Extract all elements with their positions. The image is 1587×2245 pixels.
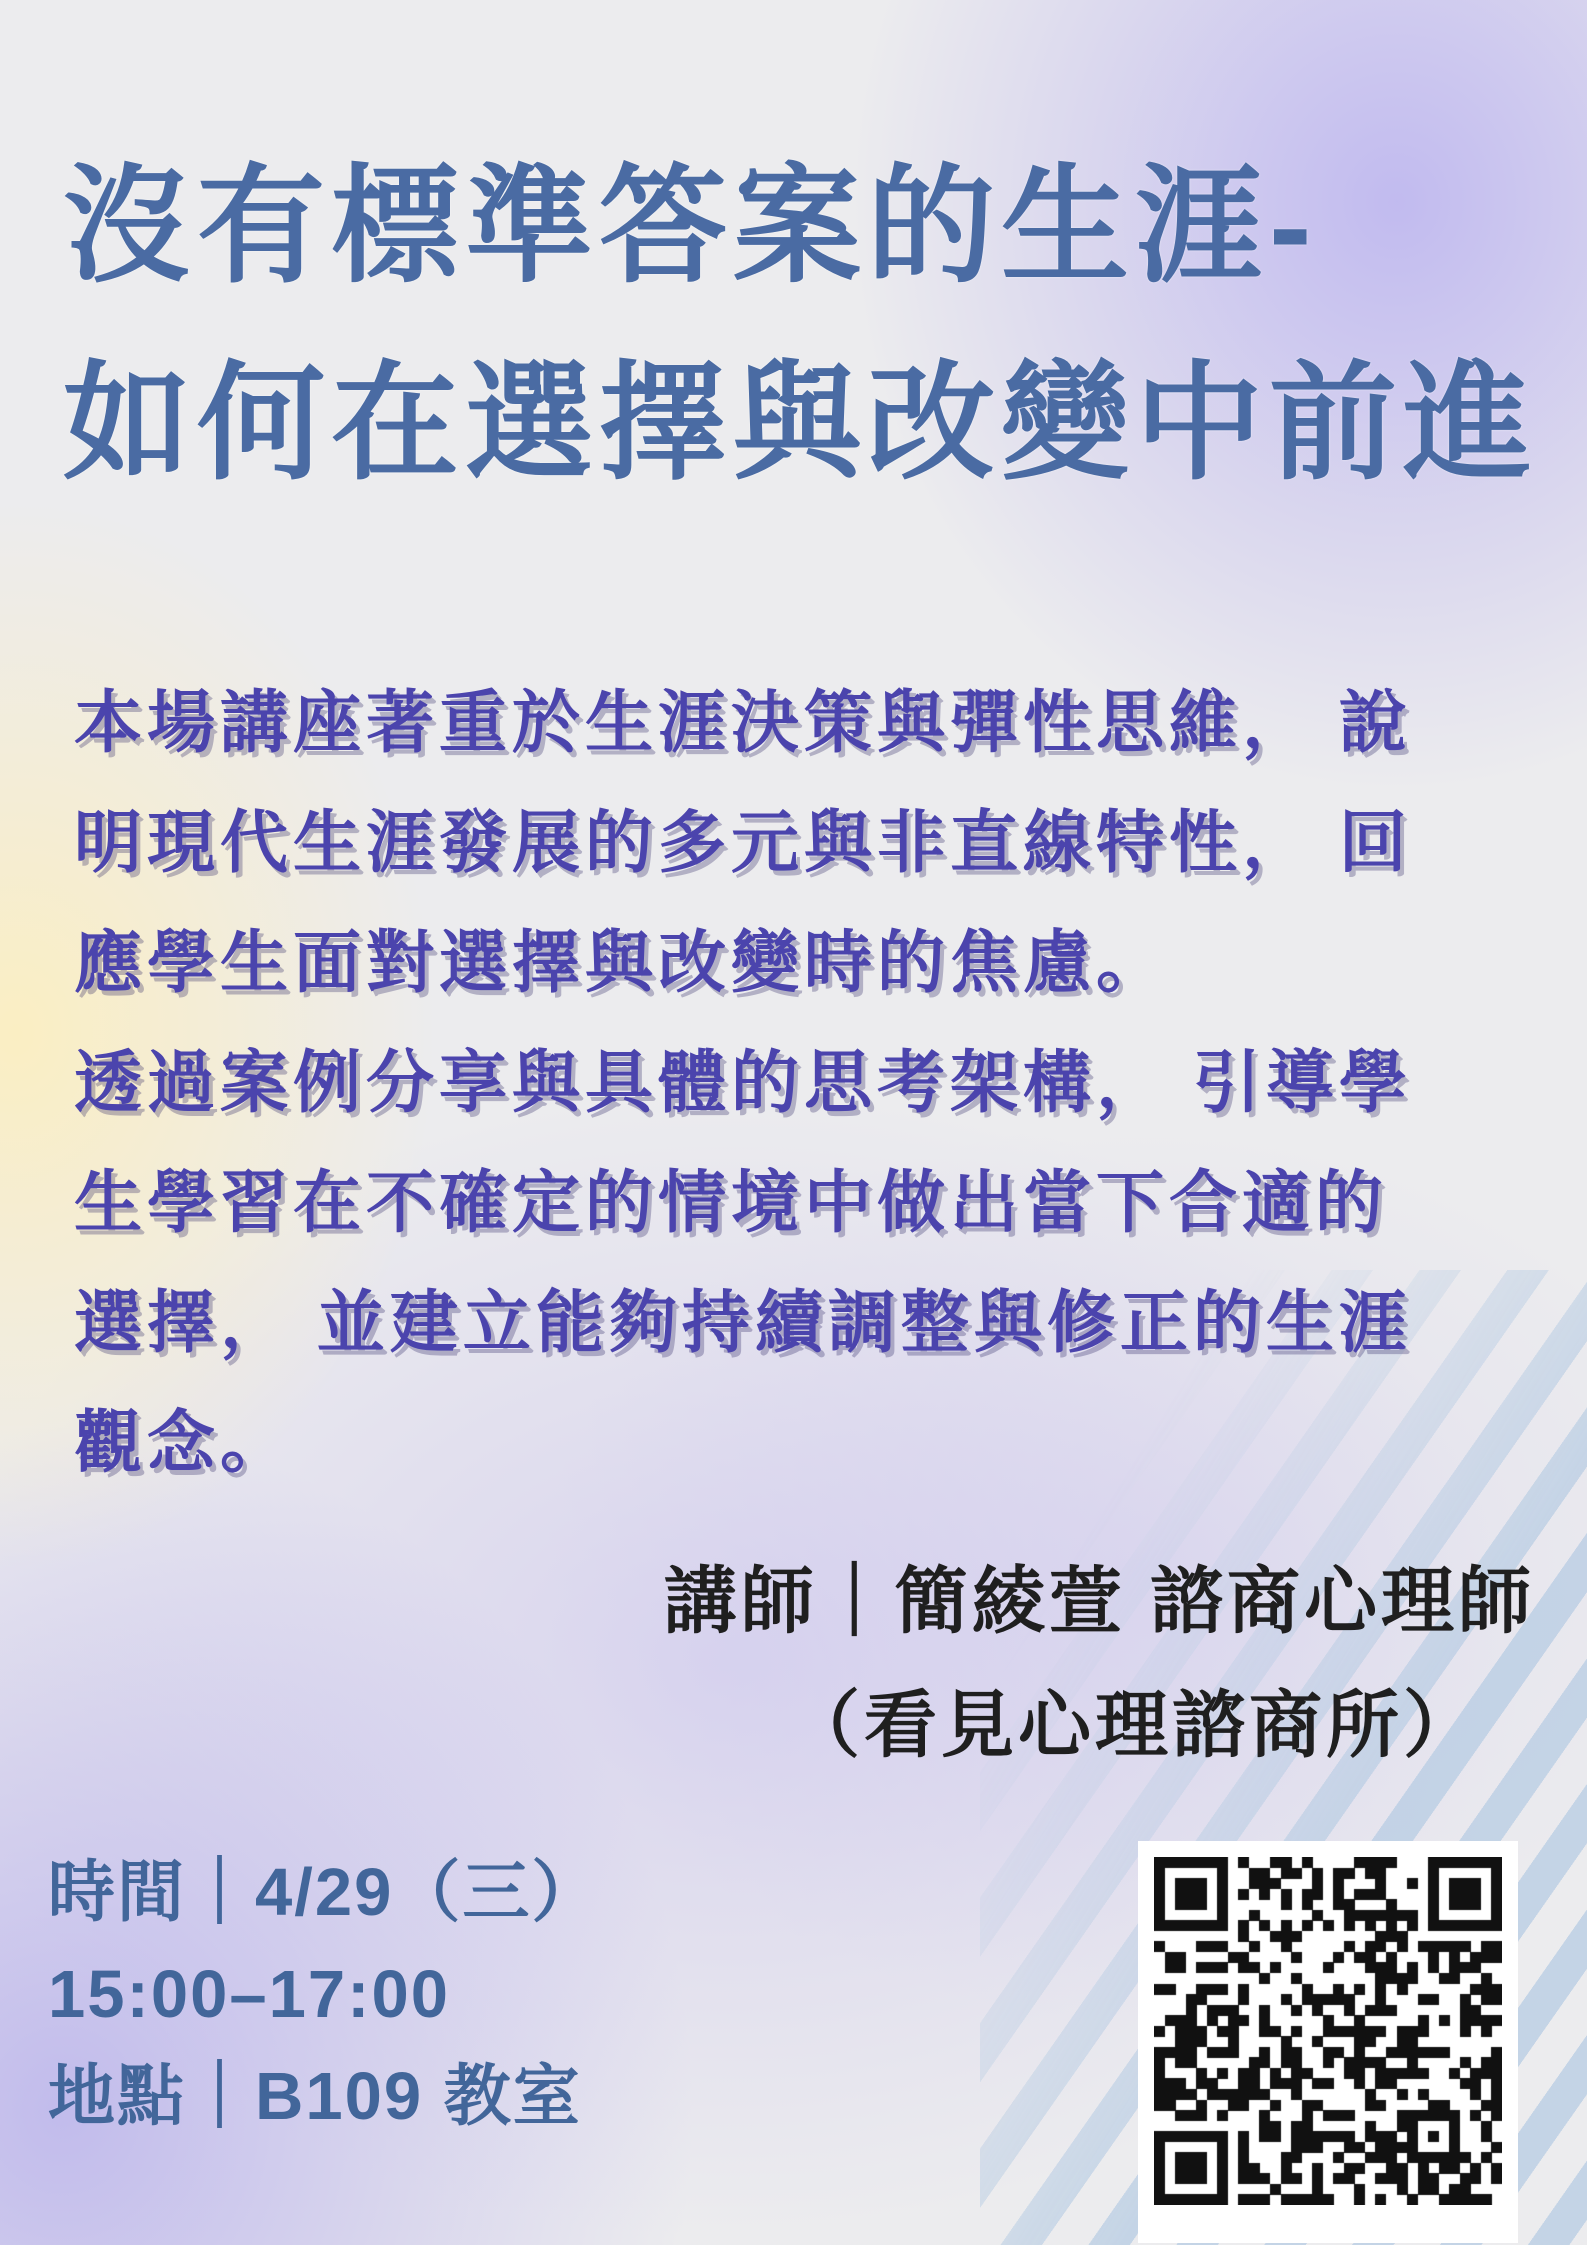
- description-line: 選擇， 並建立能夠持續調整與修正的生涯: [74, 1263, 1547, 1383]
- description-line: 觀念。: [74, 1383, 1547, 1503]
- description-line: 透過案例分享與具體的思考架構， 引導學: [74, 1023, 1547, 1143]
- description-line: 應學生面對選擇與改變時的焦慮。: [74, 903, 1547, 1023]
- description-line: 明現代生涯發展的多元與非直線特性， 回: [74, 783, 1547, 903]
- speaker-affiliation: （看見心理諮商所）: [0, 1664, 1480, 1788]
- speaker-name: 講師｜簡綾萱 諮商心理師: [0, 1540, 1535, 1664]
- event-location: 地點｜B109 教室: [48, 2046, 600, 2148]
- event-date: 時間｜4/29（三）: [48, 1842, 600, 1944]
- event-poster: 沒有標準答案的生涯- 如何在選擇與改變中前進 本場講座著重於生涯決策與彈性思維，…: [0, 0, 1587, 2245]
- qr-code-panel: [1138, 1841, 1518, 2243]
- poster-title-line-2: 如何在選擇與改變中前進: [63, 325, 1547, 522]
- event-time: 15:00–17:00: [48, 1944, 600, 2046]
- description-line: 本場講座著重於生涯決策與彈性思維， 說: [74, 663, 1547, 783]
- poster-title-line-1: 沒有標準答案的生涯-: [63, 128, 1547, 325]
- speaker-info: 講師｜簡綾萱 諮商心理師 （看見心理諮商所）: [0, 1540, 1535, 1788]
- description-line: 生學習在不確定的情境中做出當下合適的: [74, 1143, 1547, 1263]
- poster-title: 沒有標準答案的生涯- 如何在選擇與改變中前進: [63, 128, 1547, 522]
- event-details: 時間｜4/29（三） 15:00–17:00 地點｜B109 教室: [48, 1842, 600, 2148]
- qr-code: [1154, 1857, 1502, 2205]
- poster-description: 本場講座著重於生涯決策與彈性思維， 說 明現代生涯發展的多元與非直線特性， 回 …: [74, 663, 1547, 1503]
